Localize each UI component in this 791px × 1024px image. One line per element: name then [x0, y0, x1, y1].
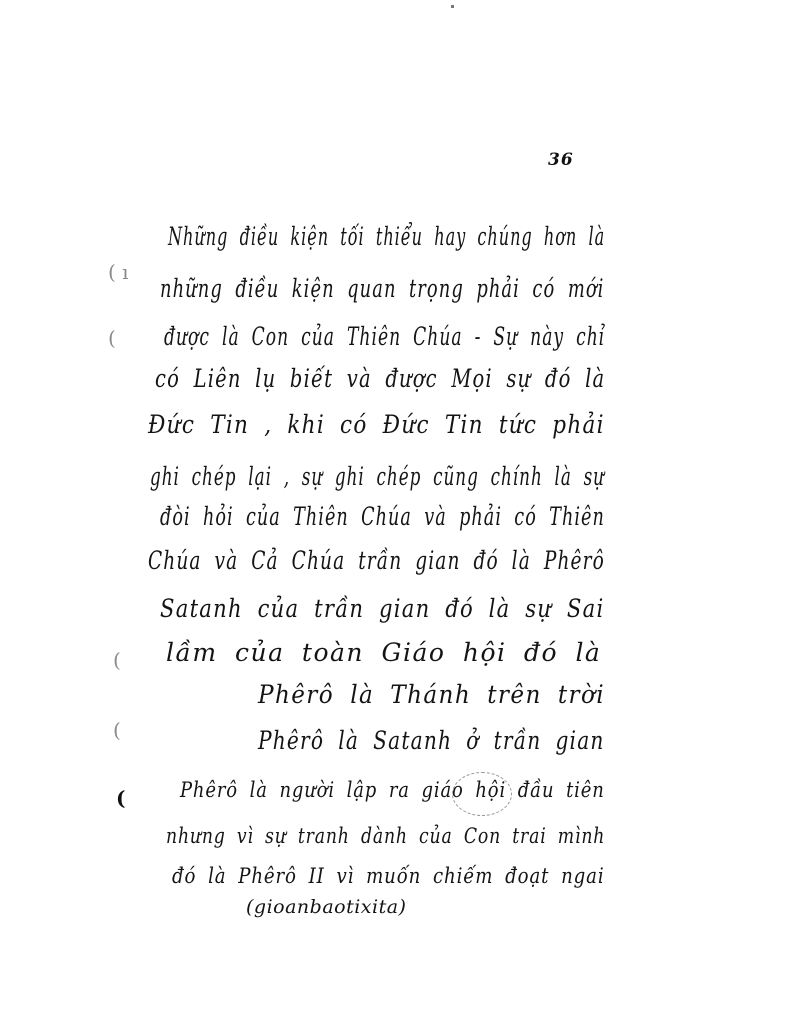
- text-line: những điều kiện quan trọng phải có mới: [160, 274, 604, 303]
- text-line: Đức Tin , khi có Đức Tin tức phải: [148, 410, 605, 439]
- text-line: ghi chép lại , sự ghi chép cũng chính là…: [150, 462, 605, 491]
- text-line: lầm của toàn Giáo hội đó là: [166, 638, 601, 667]
- text-line: Phêrô là Thánh trên trời: [258, 680, 605, 709]
- annotation-note: (gioanbaotixita): [246, 896, 406, 918]
- margin-mark: (: [113, 648, 121, 672]
- text-line: Phêrô là người lập ra giáo hội đầu tiên: [180, 778, 605, 802]
- text-line: nhưng vì sự tranh dành của Con trai mình: [166, 824, 605, 848]
- text-line: được là Con của Thiên Chúa - Sự này chỉ: [164, 322, 605, 351]
- circled-word-mark: [452, 772, 512, 816]
- margin-mark: (: [108, 326, 116, 350]
- page-number: 36: [548, 150, 574, 170]
- margin-mark: (: [113, 718, 121, 742]
- text-line: Phêrô là Satanh ở trần gian: [258, 726, 605, 755]
- margin-mark: ( ı: [108, 260, 129, 284]
- manuscript-page: 36 ( ı ( ( ( ( Những điều kiện tối thiểu…: [0, 0, 791, 1024]
- margin-mark: (: [116, 786, 125, 810]
- text-line: Chúa và Cả Chúa trần gian đó là Phêrô: [148, 546, 605, 575]
- text-line: đòi hỏi của Thiên Chúa và phải có Thiên: [160, 502, 605, 531]
- scan-speck: [451, 5, 454, 8]
- text-line: Những điều kiện tối thiểu hay chúng hơn …: [168, 222, 605, 251]
- text-line: có Liên lụ biết và được Mọi sự đó là: [155, 364, 605, 393]
- text-line: Satanh của trần gian đó là sự Sai: [160, 594, 604, 623]
- text-line: đó là Phêrô II vì muốn chiếm đoạt ngai: [172, 864, 604, 888]
